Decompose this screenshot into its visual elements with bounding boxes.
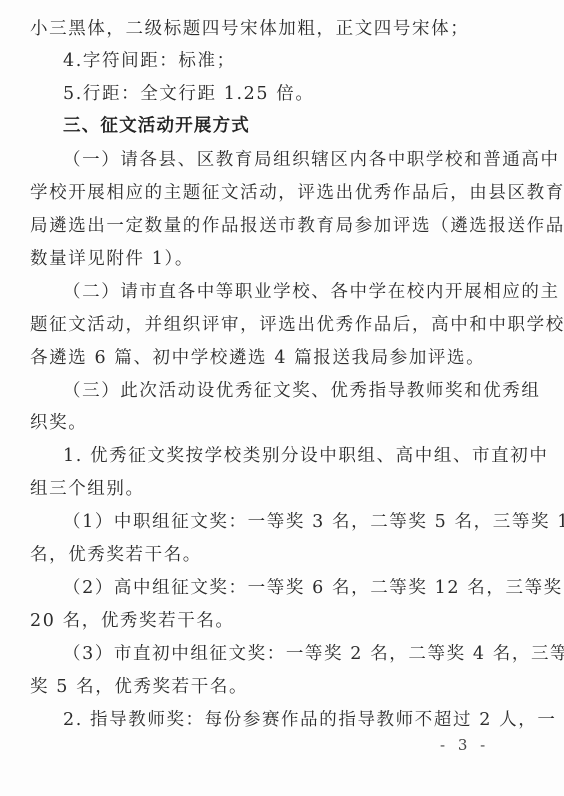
body-text-line: （1）中职组征文奖：一等奖 3 名，二等奖 5 名，三等奖 10 <box>63 511 564 533</box>
body-text-line: 小三黑体，二级标题四号宋体加粗，正文四号宋体； <box>30 18 469 40</box>
body-text-line: 20 名，优秀奖若干名。 <box>30 610 235 632</box>
body-text-line: （二）请市直各中等职业学校、各中学在校内开展相应的主 <box>63 281 560 303</box>
body-text-line: 名，优秀奖若干名。 <box>30 544 202 566</box>
body-text-line: （三）此次活动设优秀征文奖、优秀指导教师奖和优秀组 <box>63 380 541 402</box>
body-text-line: 1. 优秀征文奖按学校类别分设中职组、高中组、市直初中 <box>63 445 548 467</box>
body-text-line: 局遴选出一定数量的作品报送市教育局参加评选（遴选报送作品 <box>30 215 564 237</box>
body-text-line: （2）高中组征文奖：一等奖 6 名，二等奖 12 名，三等奖 <box>63 577 563 599</box>
document-page: 小三黑体，二级标题四号宋体加粗，正文四号宋体； 4.字符间距：标准； 5.行距：… <box>0 0 564 796</box>
body-text-line: 各遴选 6 篇、初中学校遴选 4 篇报送我局参加评选。 <box>30 347 485 369</box>
body-text-line: 5.行距：全文行距 1.25 倍。 <box>63 83 315 105</box>
section-heading: 三、征文活动开展方式 <box>63 115 250 137</box>
body-text-line: 奖 5 名，优秀奖若干名。 <box>30 676 248 698</box>
body-text-line: 2. 指导教师奖：每份参赛作品的指导教师不超过 2 人，一 <box>63 709 556 731</box>
body-text-line: 组三个组别。 <box>30 478 145 500</box>
body-text-line: 数量详见附件 1）。 <box>30 248 194 270</box>
body-text-line: 题征文活动，并组织评审，评选出优秀作品后，高中和中职学校 <box>30 314 564 336</box>
body-text-line: （3）市直初中组征文奖：一等奖 2 名，二等奖 4 名，三等 <box>63 643 564 665</box>
body-text-line: （一）请各县、区教育局组织辖区内各中职学校和普通高中 <box>63 149 560 171</box>
body-text-line: 织奖。 <box>30 412 87 434</box>
body-text-line: 4.字符间距：标准； <box>63 50 236 72</box>
page-number: - 3 - <box>440 736 489 754</box>
body-text-line: 学校开展相应的主题征文活动，评选出优秀作品后，由县区教育 <box>30 182 564 204</box>
